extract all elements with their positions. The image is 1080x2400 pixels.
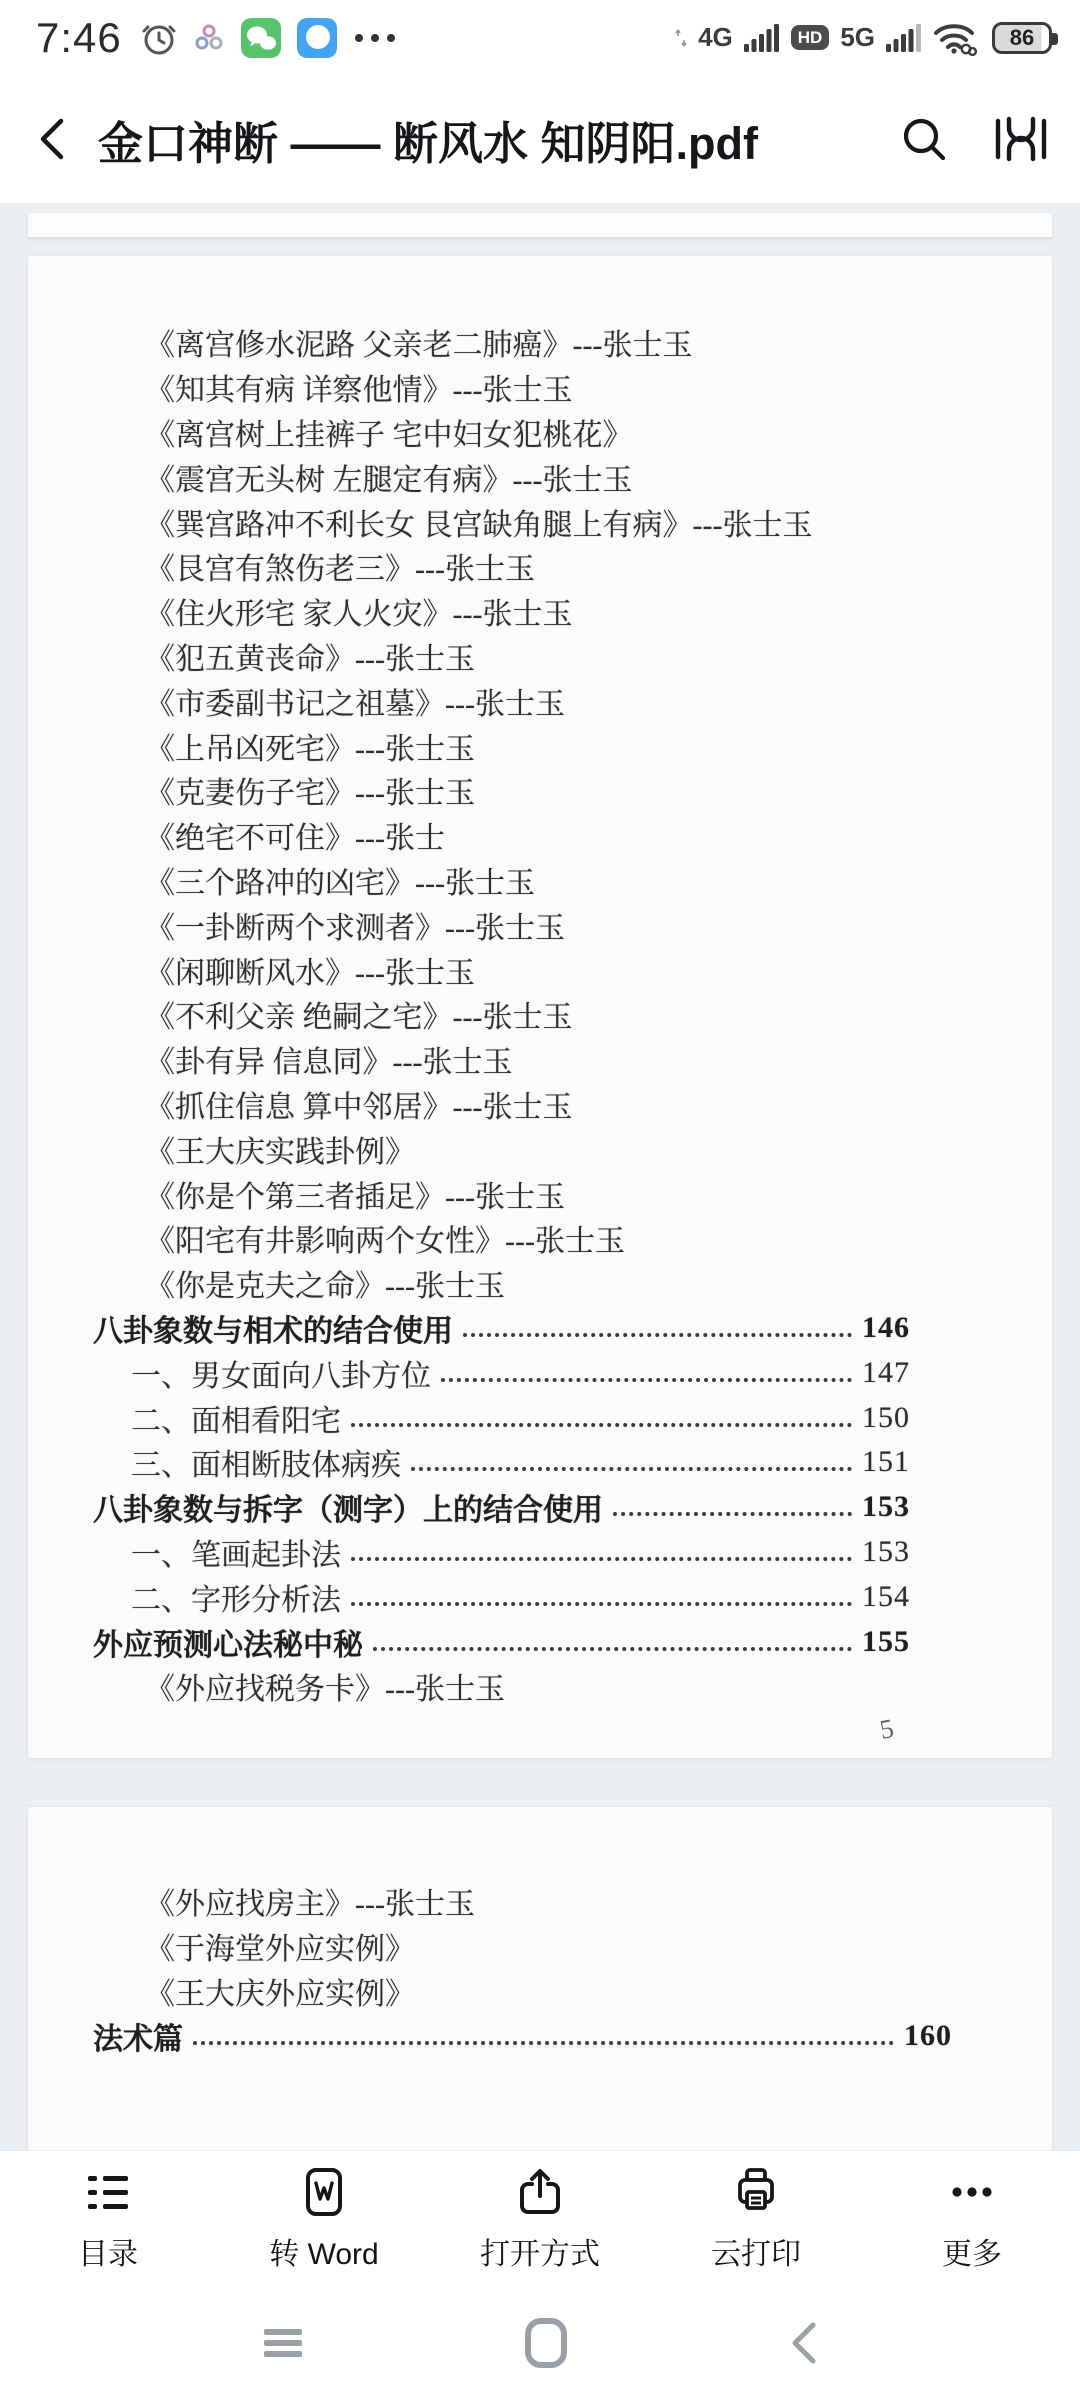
- network-type-2: 5G: [840, 22, 875, 53]
- status-bar-left: 7:46: [36, 14, 398, 62]
- toc-entry-text: 《知其有病 详察他情》---张士玉: [145, 365, 572, 409]
- system-nav-bar: [0, 2286, 1080, 2400]
- cloud-print-icon: [728, 2164, 784, 2220]
- toc-entry: 二、面相看阳宅150: [28, 1395, 1052, 1440]
- toc-entry: 《于海堂外应实例》: [28, 1924, 1052, 1969]
- toc-entry: 外应预测心法秘中秘155: [28, 1619, 1052, 1664]
- data-arrows-icon: [675, 27, 687, 49]
- toc-page-number: 155: [862, 1625, 910, 1659]
- toc-entry: 《市委副书记之祖墓》---张士玉: [28, 678, 1052, 723]
- search-icon[interactable]: [898, 113, 950, 165]
- toc-entry-text: 《阳宅有井影响两个女性》---张士玉: [145, 1216, 625, 1260]
- toc-entry: 八卦象数与拆字（测字）上的结合使用153: [28, 1485, 1052, 1530]
- toc-page-number: 146: [862, 1311, 910, 1345]
- more-button[interactable]: 更多: [864, 2151, 1080, 2286]
- toc-entry: 《艮宫有煞伤老三》---张士玉: [28, 544, 1052, 589]
- phone-screen: 7:46: [0, 0, 1080, 2400]
- bottom-toolbar: 目录 转 Word 打开方式: [0, 2150, 1080, 2286]
- toc-entry-text: 《不利父亲 绝嗣之宅》---张士玉: [145, 992, 572, 1036]
- network-type-1: 4G: [698, 22, 733, 53]
- toc-entry-text: 《震宫无头树 左腿定有病》---张士玉: [145, 455, 632, 499]
- toc-entry: 法术篇160: [28, 2013, 1052, 2058]
- toolbar-label: 转 Word: [269, 2229, 378, 2273]
- toc-button[interactable]: 目录: [0, 2151, 216, 2286]
- signal-bars-icon: [886, 22, 922, 54]
- toc-entry-text: 《上吊凶死宅》---张士玉: [145, 724, 475, 768]
- signal-bars-icon: [744, 22, 780, 54]
- previous-page-edge: [28, 213, 1052, 237]
- toc-page-number: 153: [862, 1535, 910, 1569]
- toolbar-label: 打开方式: [480, 2229, 600, 2273]
- home-icon[interactable]: [522, 2316, 570, 2370]
- toc-entry-text: 《离宫修水泥路 父亲老二肺癌》---张士玉: [145, 320, 692, 364]
- toc-entry-text: 《一卦断两个求测者》---张士玉: [145, 903, 565, 947]
- toc-entry-text: 《外应找房主》---张士玉: [145, 1879, 475, 1923]
- pdf-viewport[interactable]: 《离宫修水泥路 父亲老二肺癌》---张士玉《知其有病 详察他情》---张士玉《离…: [0, 203, 1080, 2150]
- open-with-icon: [512, 2164, 568, 2220]
- pdf-page-1[interactable]: 《离宫修水泥路 父亲老二肺癌》---张士玉《知其有病 详察他情》---张士玉《离…: [28, 256, 1052, 1758]
- toc-entry: 《震宫无头树 左腿定有病》---张士玉: [28, 454, 1052, 499]
- back-icon[interactable]: [30, 111, 76, 167]
- toc-entry: 《外应找税务卡》---张士玉: [28, 1664, 1052, 1709]
- toc-entry-text: 二、字形分析法: [131, 1575, 341, 1619]
- nav-back-icon[interactable]: [786, 2318, 820, 2368]
- toc-entry: 《不利父亲 绝嗣之宅》---张士玉: [28, 992, 1052, 1037]
- toc-entry-text: 《巽宫路冲不利长女 艮宫缺角腿上有病》---张士玉: [145, 500, 812, 544]
- dotted-leader: [613, 1512, 852, 1516]
- clock-time: 7:46: [36, 14, 122, 62]
- wifi-icon: [933, 20, 977, 56]
- dotted-leader: [351, 1602, 852, 1606]
- dotted-leader: [351, 1557, 852, 1561]
- toc-entry-text: 《犯五黄丧命》---张士玉: [145, 634, 475, 678]
- header-actions: [898, 113, 1050, 165]
- pdf-page-2[interactable]: 《外应找房主》---张士玉《于海堂外应实例》《王大庆外应实例》法术篇160: [28, 1807, 1052, 2150]
- toc-entry-text: 一、男女面向八卦方位: [131, 1351, 431, 1395]
- toc-entry: 《离宫修水泥路 父亲老二肺癌》---张士玉: [28, 320, 1052, 365]
- toc-entry-text: 《住火形宅 家人火灾》---张士玉: [145, 589, 572, 633]
- toc-page-number: 151: [862, 1445, 910, 1479]
- toc-entry: 《克妻伤子宅》---张士玉: [28, 768, 1052, 813]
- toc-entry: 《上吊凶死宅》---张士玉: [28, 723, 1052, 768]
- word-convert-icon: [296, 2164, 352, 2220]
- wechat-icon: [240, 17, 282, 59]
- toolbar-label: 更多: [942, 2229, 1002, 2273]
- dotted-leader: [351, 1423, 852, 1427]
- toc-entry-text: 《艮宫有煞伤老三》---张士玉: [145, 544, 535, 588]
- alarm-icon: [140, 19, 178, 57]
- dotted-leader: [463, 1333, 852, 1337]
- toc-entry-text: 《王大庆实践卦例》: [145, 1127, 415, 1171]
- toc-entry-text: 法术篇: [93, 2014, 183, 2058]
- toc-page-number: 154: [862, 1580, 910, 1614]
- toc-entry: 《三个路冲的凶宅》---张士玉: [28, 858, 1052, 903]
- toc-entry: 三、面相断肢体病疾151: [28, 1440, 1052, 1485]
- toc-entry-text: 《离宫树上挂裤子 宅中妇女犯桃花》: [145, 410, 633, 454]
- cloud-print-button[interactable]: 云打印: [648, 2151, 864, 2286]
- toc-entry-text: 一、笔画起卦法: [131, 1530, 341, 1574]
- toc-page-number: 160: [904, 2019, 952, 2053]
- toc-page-number: 147: [862, 1356, 910, 1390]
- hd-badge: HD: [791, 25, 830, 50]
- toc-entry-text: 《你是个第三者插足》---张士玉: [145, 1172, 565, 1216]
- toc-entry: 《王大庆外应实例》: [28, 1969, 1052, 2014]
- battery-percent: 86: [1010, 25, 1034, 51]
- dotted-leader: [441, 1378, 852, 1382]
- toc-entry-text: 八卦象数与相术的结合使用: [93, 1306, 453, 1350]
- toc-entry: 《闲聊断风水》---张士玉: [28, 947, 1052, 992]
- toc-entry-text: 外应预测心法秘中秘: [93, 1620, 363, 1664]
- dotted-leader: [411, 1467, 852, 1471]
- convert-to-word-button[interactable]: 转 Word: [216, 2151, 432, 2286]
- toc-entry: 《你是克夫之命》---张士玉: [28, 1261, 1052, 1306]
- battery-indicator: 86: [992, 22, 1052, 54]
- toc-entry: 《住火形宅 家人火灾》---张士玉: [28, 589, 1052, 634]
- toc-entry: 《一卦断两个求测者》---张士玉: [28, 902, 1052, 947]
- notification-overflow-icon: [352, 31, 398, 45]
- dotted-leader: [193, 2041, 894, 2045]
- dotted-leader: [373, 1647, 852, 1651]
- toolbar-label: 目录: [78, 2229, 138, 2273]
- header-bar: 金口神断 —— 断风水 知阴阳.pdf: [0, 75, 1080, 203]
- window-switcher-icon[interactable]: [992, 113, 1050, 165]
- toc-entry-text: 《抓住信息 算中邻居》---张士玉: [145, 1082, 572, 1126]
- toc-entry: 一、男女面向八卦方位147: [28, 1350, 1052, 1395]
- toc-entry: 《知其有病 详察他情》---张士玉: [28, 365, 1052, 410]
- status-bar-right: 4G HD 5G: [675, 20, 1052, 56]
- toc-entry: 《王大庆实践卦例》: [28, 1126, 1052, 1171]
- toc-entry: 《离宫树上挂裤子 宅中妇女犯桃花》: [28, 410, 1052, 455]
- toc-entry: 《绝宅不可住》---张士: [28, 813, 1052, 858]
- share-app-icon: [192, 21, 226, 55]
- toc-entry: 《你是个第三者插足》---张士玉: [28, 1171, 1052, 1216]
- recents-menu-icon[interactable]: [260, 2323, 306, 2363]
- status-bar: 7:46: [0, 0, 1080, 75]
- toc-entry: 《卦有异 信息同》---张士玉: [28, 1037, 1052, 1082]
- toc-entry-text: 《外应找税务卡》---张士玉: [145, 1664, 505, 1708]
- page-footer-mark: 5: [877, 1713, 896, 1746]
- toc-entry: 《阳宅有井影响两个女性》---张士玉: [28, 1216, 1052, 1261]
- notes-app-icon: [296, 17, 338, 59]
- toc-page-number: 153: [862, 1490, 910, 1524]
- open-with-button[interactable]: 打开方式: [432, 2151, 648, 2286]
- toc-page-number: 150: [862, 1401, 910, 1435]
- toc-entry: 《外应找房主》---张士玉: [28, 1879, 1052, 1924]
- toc-entry: 《犯五黄丧命》---张士玉: [28, 634, 1052, 679]
- toc-entry-text: 《你是克夫之命》---张士玉: [145, 1261, 505, 1305]
- toc-entry-text: 八卦象数与拆字（测字）上的结合使用: [93, 1485, 603, 1529]
- toc-entry: 八卦象数与相术的结合使用146: [28, 1306, 1052, 1351]
- more-icon: [944, 2164, 1000, 2220]
- toc-entry-text: 三、面相断肢体病疾: [131, 1440, 401, 1484]
- toc-entry-text: 《于海堂外应实例》: [145, 1924, 415, 1968]
- toc-entry-text: 《克妻伤子宅》---张士玉: [145, 768, 475, 812]
- toolbar-label: 云打印: [711, 2229, 801, 2273]
- toc-entry-text: 《闲聊断风水》---张士玉: [145, 948, 475, 992]
- toc-entry-text: 《王大庆外应实例》: [145, 1969, 415, 2013]
- document-title: 金口神断 —— 断风水 知阴阳.pdf: [98, 107, 888, 172]
- toc-entry: 二、字形分析法154: [28, 1574, 1052, 1619]
- toc-icon: [80, 2164, 136, 2220]
- toc-entry-text: 《绝宅不可住》---张士: [145, 813, 445, 857]
- toc-list-page2: 《外应找房主》---张士玉《于海堂外应实例》《王大庆外应实例》法术篇160: [28, 1879, 1052, 2058]
- toc-entry-text: 《市委副书记之祖墓》---张士玉: [145, 679, 565, 723]
- toc-entry: 一、笔画起卦法153: [28, 1530, 1052, 1575]
- toc-entry: 《抓住信息 算中邻居》---张士玉: [28, 1082, 1052, 1127]
- toc-list-page1: 《离宫修水泥路 父亲老二肺癌》---张士玉《知其有病 详察他情》---张士玉《离…: [28, 320, 1052, 1709]
- toc-entry-text: 《三个路冲的凶宅》---张士玉: [145, 858, 535, 902]
- toc-entry-text: 《卦有异 信息同》---张士玉: [145, 1037, 512, 1081]
- toc-entry: 《巽宫路冲不利长女 艮宫缺角腿上有病》---张士玉: [28, 499, 1052, 544]
- toc-entry-text: 二、面相看阳宅: [131, 1396, 341, 1440]
